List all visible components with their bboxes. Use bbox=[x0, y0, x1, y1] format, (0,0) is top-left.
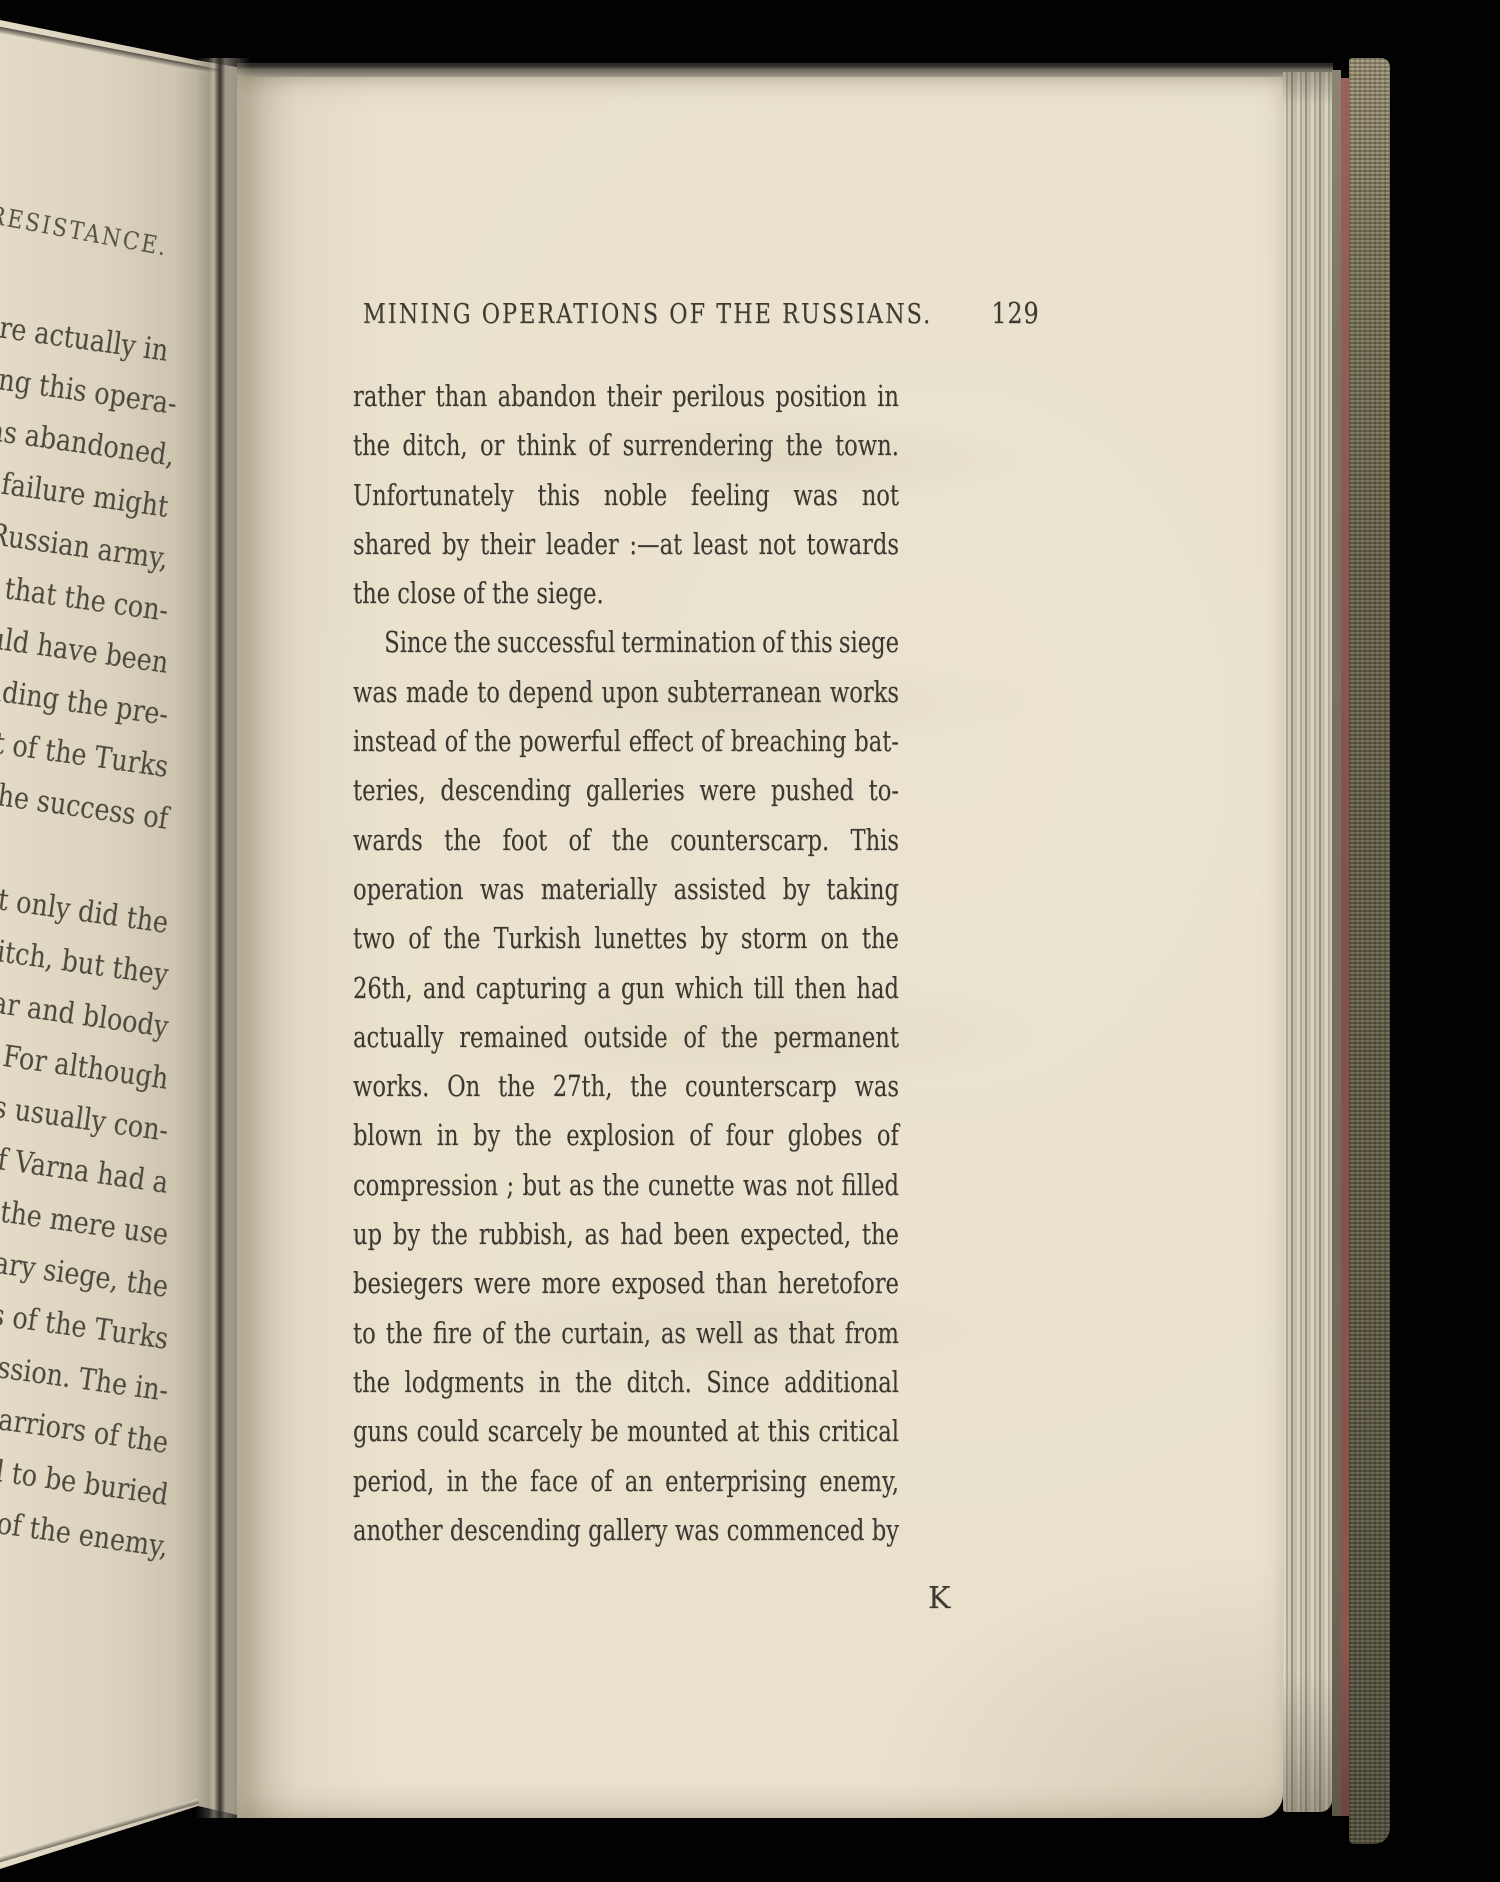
body-text-line: period,inthefaceofanenterprisingenemy, bbox=[353, 1457, 899, 1506]
body-text-line: 26th,andcapturingagunwhichtillthenhad bbox=[353, 964, 899, 1013]
body-text-line: operationwasmateriallyassistedbytaking bbox=[353, 865, 899, 914]
body-text-line: teries,descendinggallerieswerepushedto- bbox=[353, 766, 899, 815]
body-text-line: insteadofthepowerfuleffectofbreachingbat… bbox=[353, 717, 899, 766]
book-gutter-shadow bbox=[196, 58, 250, 1818]
page-number: 129 bbox=[991, 296, 1039, 330]
signature-mark: K bbox=[928, 1581, 951, 1616]
body-text-line: thelodgmentsintheditch.Sinceadditional bbox=[353, 1358, 899, 1407]
body-text-line: Unfortunatelythisnoblefeelingwasnot bbox=[353, 471, 899, 520]
body-text-line: upbytherubbish,ashadbeenexpected,the bbox=[353, 1210, 899, 1259]
left-page-top-edge bbox=[0, 26, 218, 75]
body-text-line: actuallyremainedoutsideofthepermanent bbox=[353, 1013, 899, 1062]
left-page-text-column: RESISTANCE. were actually in pating this… bbox=[0, 222, 168, 1574]
body-text-line: besiegersweremoreexposedthanheretofore bbox=[353, 1259, 899, 1308]
body-text-line: blowninbytheexplosionoffourglobesof bbox=[353, 1111, 899, 1160]
body-text-line: wasmadetodependuponsubterraneanworks bbox=[353, 668, 899, 717]
red-edge-stripe bbox=[1341, 78, 1349, 1816]
page-header: MINING OPERATIONS OF THE RUSSIANS. 129 bbox=[363, 296, 1040, 330]
body-text-line: works.Onthe27th,thecounterscarpwas bbox=[353, 1062, 899, 1111]
body-text-line: the close of the siege. bbox=[353, 569, 899, 618]
book-scan: RESISTANCE. were actually in pating this… bbox=[0, 0, 1500, 1882]
running-head: MINING OPERATIONS OF THE RUSSIANS. bbox=[363, 299, 932, 330]
body-text-line: compression;butasthecunettewasnotfilled bbox=[353, 1161, 899, 1210]
fore-edge-pages bbox=[1283, 72, 1332, 1812]
cloth-cover bbox=[1349, 58, 1390, 1844]
body-text: ratherthanabandontheirperilouspositionin… bbox=[353, 372, 899, 1555]
body-text-line: twooftheTurkishlunettesbystormonthe bbox=[353, 914, 899, 963]
body-text-line: Sincethesuccessfulterminationofthissiege bbox=[353, 618, 899, 667]
body-text-line: theditch,orthinkofsurrenderingthetown. bbox=[353, 421, 899, 470]
body-text-line: ratherthanabandontheirperilouspositionin bbox=[353, 372, 899, 421]
page-block-edge bbox=[1332, 70, 1341, 1816]
body-text-line: gunscouldscarcelybemountedatthiscritical bbox=[353, 1407, 899, 1456]
body-text-line: tothefireofthecurtain,aswellasthatfrom bbox=[353, 1309, 899, 1358]
body-text-line: wardsthefootofthecounterscarp.This bbox=[353, 816, 899, 865]
left-page-bottom-edge bbox=[0, 1799, 199, 1863]
body-text-line: sharedbytheirleader:—atleastnottowards bbox=[353, 520, 899, 569]
body-text-line: anotherdescendinggallerywascommencedby bbox=[353, 1506, 899, 1555]
page-top-edge bbox=[237, 63, 1333, 78]
